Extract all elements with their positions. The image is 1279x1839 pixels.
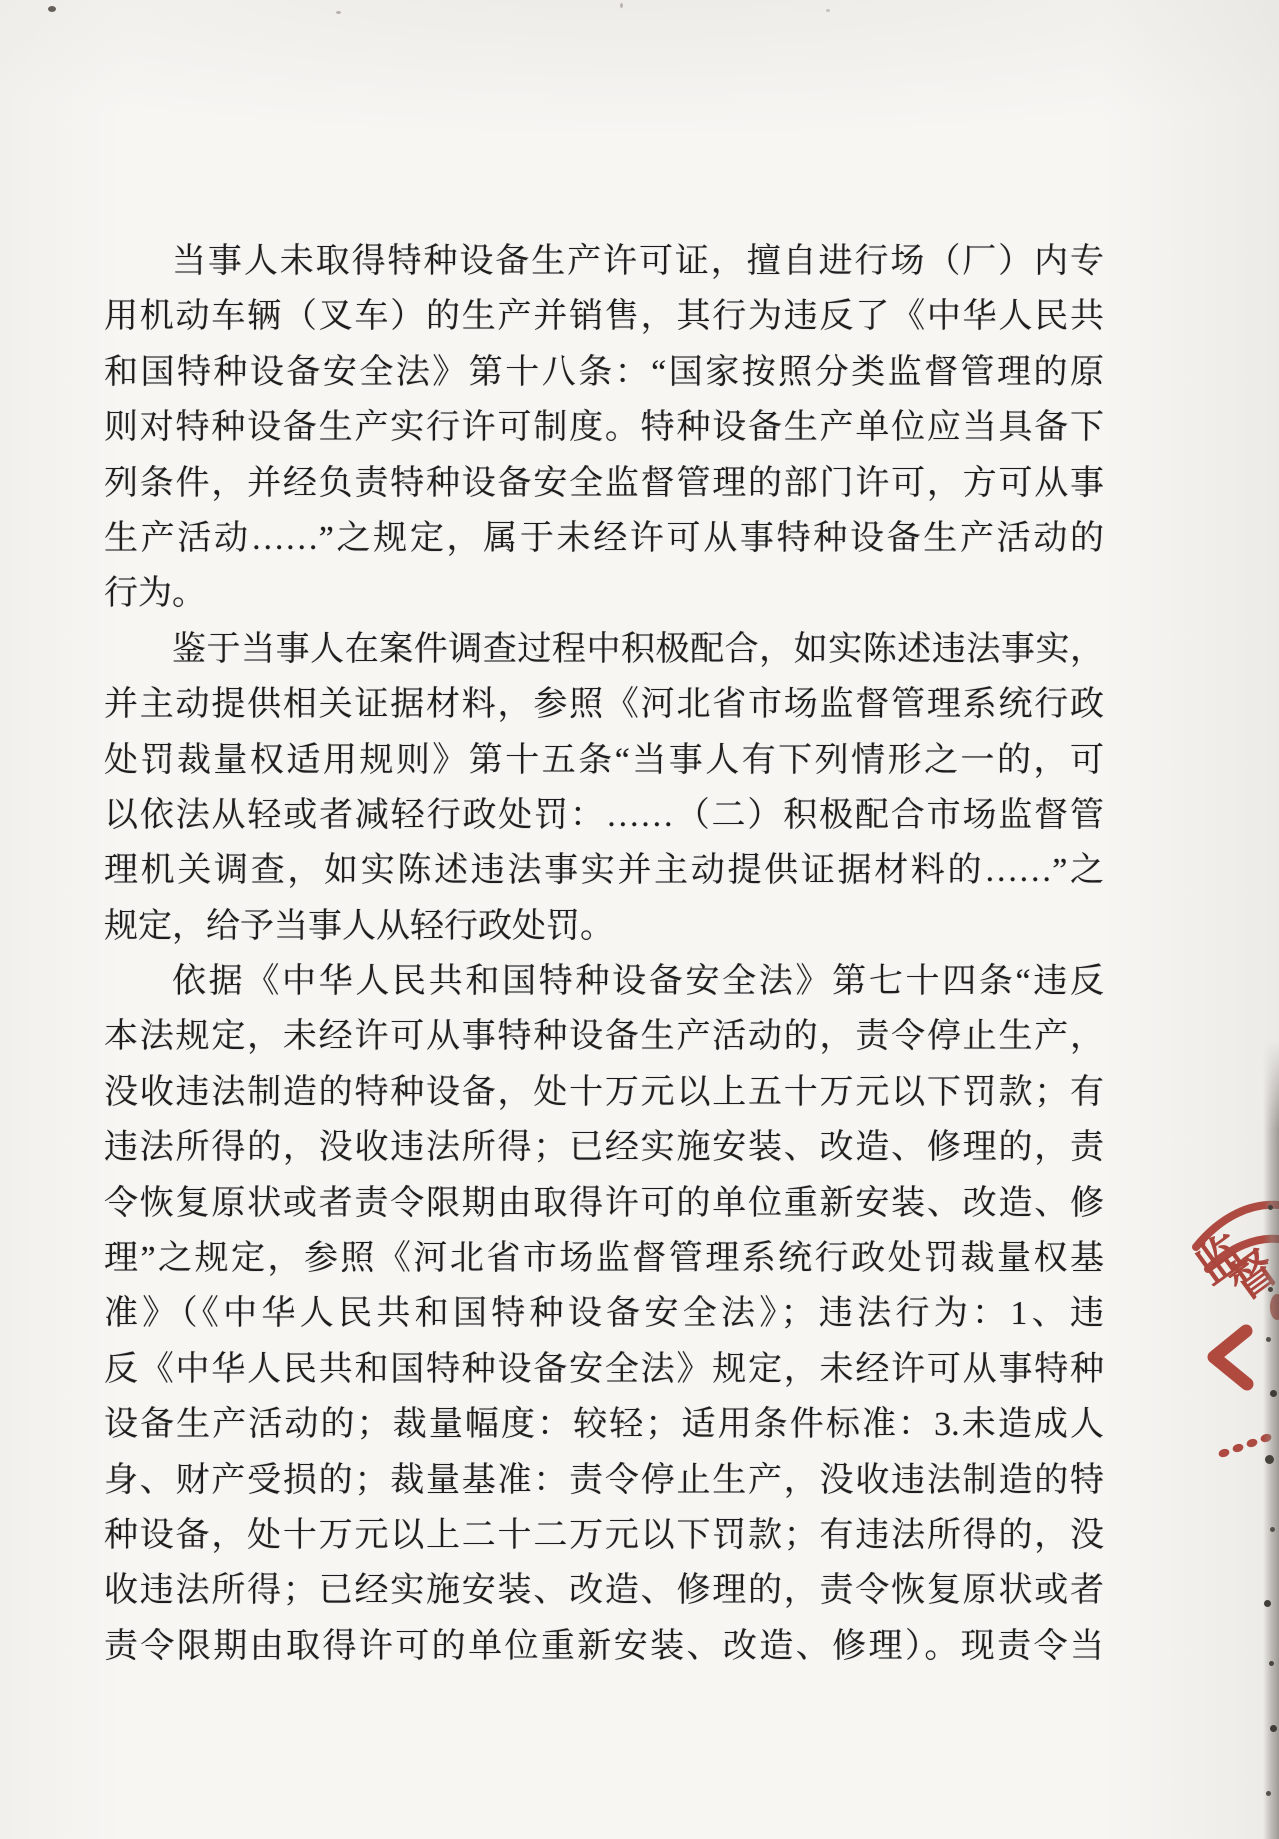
text-line: 依据《中华人民共和国特种设备安全法》第七十四条“违反 [104,954,1104,1009]
text-line: 则对特种设备生产实行许可制度。特种设备生产单位应当具备下 [104,400,1104,455]
text-line: 本法规定，未经许可从事特种设备生产活动的，责令停止生产， [104,1009,1104,1064]
text-line: 规定，给予当事人从轻行政处罚。 [104,899,1104,954]
text-line: 令恢复原状或者责令限期由取得许可的单位重新安装、改造、修 [104,1176,1104,1231]
text-line: 理机关调查，如实陈述违法事实并主动提供证据材料的……”之 [104,843,1104,898]
text-line: 责令限期由取得许可的单位重新安装、改造、修理）。现责令当 [104,1619,1104,1674]
text-line: 用机动车辆（叉车）的生产并销售，其行为违反了《中华人民共 [104,289,1104,344]
stamp-character: 监 [1187,1225,1254,1293]
text-line: 违法所得的，没收违法所得；已经实施安装、改造、修理的，责 [104,1120,1104,1175]
text-line: 并主动提供相关证据材料，参照《河北省市场监督管理系统行政 [104,677,1104,732]
text-line: 和国特种设备安全法》第十八条：“国家按照分类监督管理的原 [104,345,1104,400]
text-line: 鉴于当事人在案件调查过程中积极配合，如实陈述违法事实， [104,622,1104,677]
text-line: 种设备，处十万元以上二十二万元以下罚款；有违法所得的，没 [104,1508,1104,1563]
text-line: 当事人未取得特种设备生产许可证，擅自进行场（厂）内专 [104,234,1104,289]
red-seal-stamp: 监 督 [1150,1185,1279,1485]
document-body: 当事人未取得特种设备生产许可证，擅自进行场（厂）内专用机动车辆（叉车）的生产并销… [104,234,1104,1674]
text-line: 行为。 [104,566,1104,621]
scan-speck [48,6,56,12]
scan-speck [620,3,623,8]
text-line: 设备生产活动的；裁量幅度：较轻；适用条件标准：3.未造成人 [104,1397,1104,1452]
text-line: 没收违法制造的特种设备，处十万元以上五十万元以下罚款；有 [104,1065,1104,1120]
text-line: 理”之规定，参照《河北省市场监督管理系统行政处罚裁量权基 [104,1231,1104,1286]
text-line: 反《中华人民共和国特种设备安全法》规定，未经许可从事特种 [104,1342,1104,1397]
text-line: 处罚裁量权适用规则》第十五条“当事人有下列情形之一的，可 [104,733,1104,788]
scan-edge-specks [1268,1205,1273,1210]
scan-speck [336,11,341,14]
scan-edge-strip [1263,1040,1279,1839]
scan-speck [826,9,830,12]
stamp-chevron-mark [1214,1331,1247,1384]
document-page: 当事人未取得特种设备生产许可证，擅自进行场（厂）内专用机动车辆（叉车）的生产并销… [0,0,1279,1839]
text-line: 身、财产受损的；裁量基准：责令停止生产，没收违法制造的特 [104,1453,1104,1508]
text-line: 准》（《中华人民共和国特种设备安全法》；违法行为：1、违 [104,1286,1104,1341]
text-line: 以依法从轻或者减轻行政处罚：……（二）积极配合市场监督管 [104,788,1104,843]
text-line: 列条件，并经负责特种设备安全监督管理的部门许可，方可从事 [104,456,1104,511]
text-line: 生产活动……”之规定，属于未经许可从事特种设备生产活动的 [104,511,1104,566]
text-line: 收违法所得；已经实施安装、改造、修理的，责令恢复原状或者 [104,1563,1104,1618]
